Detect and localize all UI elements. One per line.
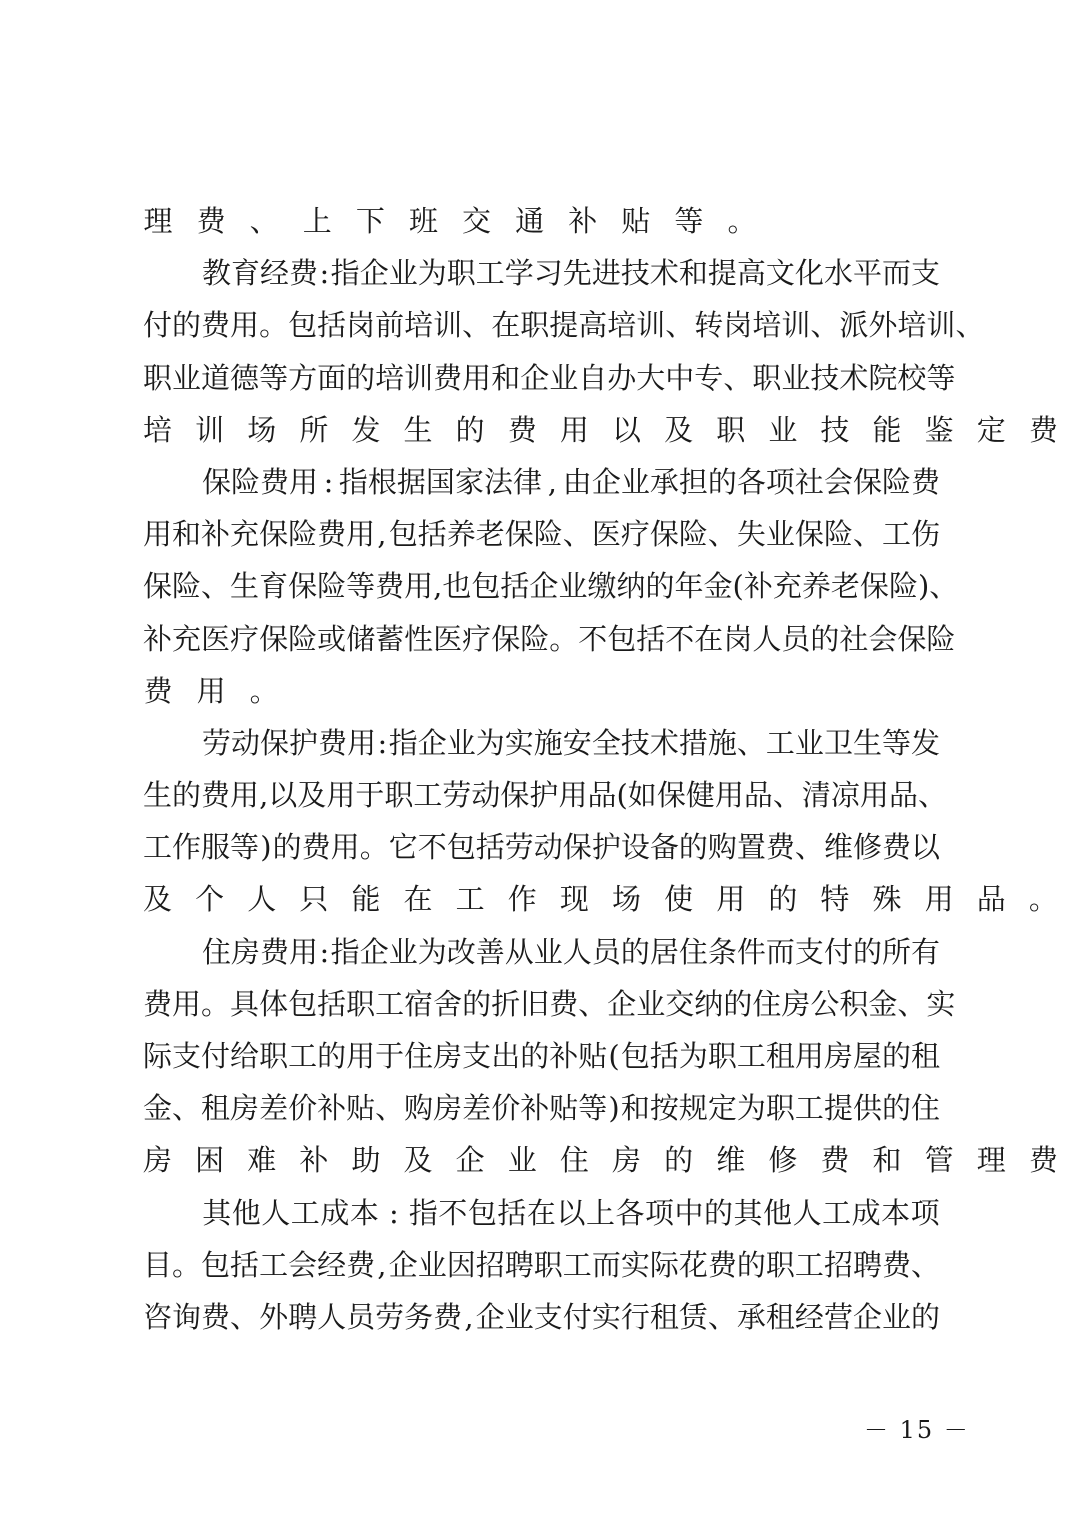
text-line: 房困难补助及企业住房的维修费和管理费等。 <box>143 1134 940 1186</box>
text-line: 付的费用。包括岗前培训、在职提高培训、转岗培训、派外培训、 <box>143 299 940 351</box>
text-line: 住房费用:指企业为改善从业人员的居住条件而支付的所有 <box>143 926 940 978</box>
paragraph-education: 教育经费:指企业为职工学习先进技术和提高文化水平而支付的费用。包括岗前培训、在职… <box>143 247 943 456</box>
paragraph-labor-protection: 劳动保护费用:指企业为实施安全技术措施、工业卫生等发生的费用,以及用于职工劳动保… <box>143 717 943 926</box>
paragraph-continuation: 理费、上下班交通补贴等。 <box>143 195 943 247</box>
text-line: 际支付给职工的用于住房支出的补贴(包括为职工租用房屋的租 <box>143 1030 940 1082</box>
paragraph-other-labor-cost: 其他人工成本:指不包括在以上各项中的其他人工成本项目。包括工会经费,企业因招聘职… <box>143 1187 943 1344</box>
text-line: 生的费用,以及用于职工劳动保护用品(如保健用品、清凉用品、 <box>143 769 940 821</box>
text-line: 及个人只能在工作现场使用的特殊用品。 <box>143 873 940 925</box>
text-line: 保险费用:指根据国家法律,由企业承担的各项社会保险费 <box>143 456 940 508</box>
text-line: 金、租房差价补贴、购房差价补贴等)和按规定为职工提供的住 <box>143 1082 940 1134</box>
text-line: 费用。具体包括职工宿舍的折旧费、企业交纳的住房公积金、实 <box>143 978 940 1030</box>
page-number: － 15 － <box>864 1410 970 1445</box>
paragraph-housing: 住房费用:指企业为改善从业人员的居住条件而支付的所有费用。具体包括职工宿舍的折旧… <box>143 926 943 1187</box>
text-line: 培训场所发生的费用以及职业技能鉴定费用。 <box>143 404 940 456</box>
text-line: 咨询费、外聘人员劳务费,企业支付实行租赁、承租经营企业的 <box>143 1291 940 1343</box>
text-line: 目。包括工会经费,企业因招聘职工而实际花费的职工招聘费、 <box>143 1239 940 1291</box>
text-line: 补充医疗保险或储蓄性医疗保险。不包括不在岗人员的社会保险 <box>143 613 940 665</box>
paragraph-insurance: 保险费用:指根据国家法律,由企业承担的各项社会保险费用和补充保险费用,包括养老保… <box>143 456 943 717</box>
text-line: 其他人工成本:指不包括在以上各项中的其他人工成本项 <box>143 1187 940 1239</box>
text-line: 用和补充保险费用,包括养老保险、医疗保险、失业保险、工伤 <box>143 508 940 560</box>
text-line: 理费、上下班交通补贴等。 <box>143 195 940 247</box>
text-line: 教育经费:指企业为职工学习先进技术和提高文化水平而支 <box>143 247 940 299</box>
text-line: 劳动保护费用:指企业为实施安全技术措施、工业卫生等发 <box>143 717 940 769</box>
text-line: 保险、生育保险等费用,也包括企业缴纳的年金(补充养老保险)、 <box>143 560 940 612</box>
document-page: 理费、上下班交通补贴等。教育经费:指企业为职工学习先进技术和提高文化水平而支付的… <box>0 0 1074 1520</box>
document-body: 理费、上下班交通补贴等。教育经费:指企业为职工学习先进技术和提高文化水平而支付的… <box>143 195 943 1343</box>
text-line: 费用。 <box>143 665 940 717</box>
text-line: 职业道德等方面的培训费用和企业自办大中专、职业技术院校等 <box>143 352 940 404</box>
text-line: 工作服等)的费用。它不包括劳动保护设备的购置费、维修费以 <box>143 821 940 873</box>
